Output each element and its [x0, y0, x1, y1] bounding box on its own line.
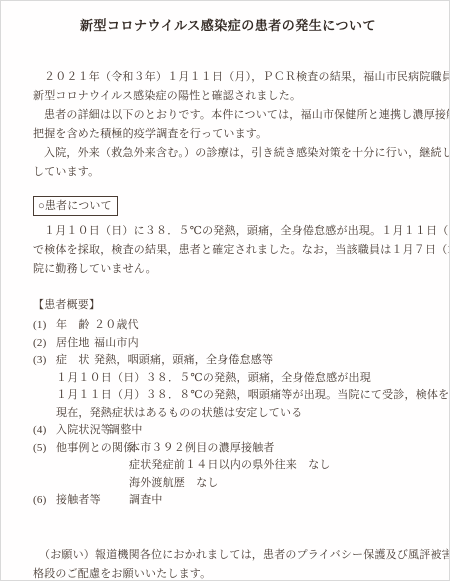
paragraph-line: 格段のご配慮をお願いいたします。 [33, 565, 423, 581]
item-value: 調整中 [109, 422, 143, 440]
relation-detail-line: 症状発症前１４日以内の県外往来 なし [33, 457, 423, 475]
relation-detail-line: 海外渡航歴 なし [33, 475, 423, 493]
item-label: 他事例との関係 [56, 440, 129, 458]
item-number: (1) [33, 317, 56, 335]
paragraph-line: 把握を含めた積極的疫学調査を行っています。 [33, 125, 423, 144]
item-number: (4) [33, 422, 56, 440]
paragraph-line: ２０２１年（令和３年）１月１１日（月），ＰＣＲ検査の結果，福山市民病院職員１名が [33, 68, 423, 87]
item-label: 居住地 [56, 335, 94, 353]
intro-paragraph-3: 入院，外来（救急外来含む。）の診療は，引き続き感染対策を十分に行い，継続して実施… [33, 144, 423, 182]
page-title: 新型コロナウイルス感染症の患者の発生について [33, 15, 423, 34]
overview-item-age: (1) 年 齢 ２０歳代 [33, 317, 423, 335]
item-value: ２０歳代 [94, 317, 139, 335]
item-number: (6) [33, 492, 56, 510]
item-label: 症 状 [56, 352, 94, 370]
symptom-detail-line: １月１１日（月）３８．８℃の発熱，咽頭痛等が出現。当院にて受診，検体を採取 [33, 387, 423, 405]
item-number: (5) [33, 440, 56, 458]
paragraph-line: （お願い）報道機関各位におかれましては，患者のプライバシー保護及び風評被害につい… [33, 546, 423, 565]
item-label: 入院状況等 [56, 422, 109, 440]
overview-item-relation: (5) 他事例との関係 本市３９２例目の濃厚接触者 [33, 440, 423, 458]
overview-item-contacts: (6) 接触者等 調査中 [33, 492, 423, 510]
section-heading-patient: ○患者について [33, 196, 118, 216]
patient-overview-list: (1) 年 齢 ２０歳代 (2) 居住地 福山市内 (3) 症 状 発熱，咽頭痛… [33, 317, 423, 510]
paragraph-line: 院に勤務していません。 [33, 260, 423, 279]
paragraph-line: で検体を採取，検査の結果，患者と確定されました。なお，当該職員は１月７日（木）か… [33, 241, 423, 260]
item-value: 調査中 [129, 492, 163, 510]
paragraph-line: 新型コロナウイルス感染症の陽性と確認されました。 [33, 87, 423, 106]
item-number: (2) [33, 335, 56, 353]
symptom-detail-line: １月１０日（日）３８．５℃の発熱，頭痛，全身倦怠感が出現 [33, 370, 423, 388]
paragraph-line: 患者の詳細は以下のとおりです。本件については，福山市保健所と連携し濃厚接触者の [33, 106, 423, 125]
item-label: 年 齢 [56, 317, 94, 335]
press-request-note: （お願い）報道機関各位におかれましては，患者のプライバシー保護及び風評被害につい… [33, 546, 423, 581]
item-label: 接触者等 [56, 492, 129, 510]
symptom-detail-line: 現在，発熱症状はあるものの状態は安定している [33, 405, 423, 423]
item-value: 福山市内 [94, 335, 139, 353]
overview-item-hospitalization: (4) 入院状況等 調整中 [33, 422, 423, 440]
overview-item-residence: (2) 居住地 福山市内 [33, 335, 423, 353]
intro-paragraph-2: 患者の詳細は以下のとおりです。本件については，福山市保健所と連携し濃厚接触者の … [33, 106, 423, 144]
paragraph-line: しています。 [33, 163, 423, 182]
paragraph-line: １月１０日（日）に３８．５℃の発熱，頭痛，全身倦怠感が出現。１月１１日（月）に当… [33, 222, 423, 241]
patient-section-body: １月１０日（日）に３８．５℃の発熱，頭痛，全身倦怠感が出現。１月１１日（月）に当… [33, 222, 423, 279]
item-number: (3) [33, 352, 56, 370]
overview-item-symptoms: (3) 症 状 発熱，咽頭痛，頭痛，全身倦怠感等 [33, 352, 423, 370]
item-value: 本市３９２例目の濃厚接触者 [129, 440, 275, 458]
item-value: 発熱，咽頭痛，頭痛，全身倦怠感等 [94, 352, 273, 370]
document-page: 新型コロナウイルス感染症の患者の発生について ２０２１年（令和３年）１月１１日（… [0, 0, 450, 581]
section-heading-overview: 【患者概要】 [33, 296, 423, 315]
intro-paragraph-1: ２０２１年（令和３年）１月１１日（月），ＰＣＲ検査の結果，福山市民病院職員１名が… [33, 68, 423, 106]
paragraph-line: 入院，外来（救急外来含む。）の診療は，引き続き感染対策を十分に行い，継続して実施 [33, 144, 423, 163]
